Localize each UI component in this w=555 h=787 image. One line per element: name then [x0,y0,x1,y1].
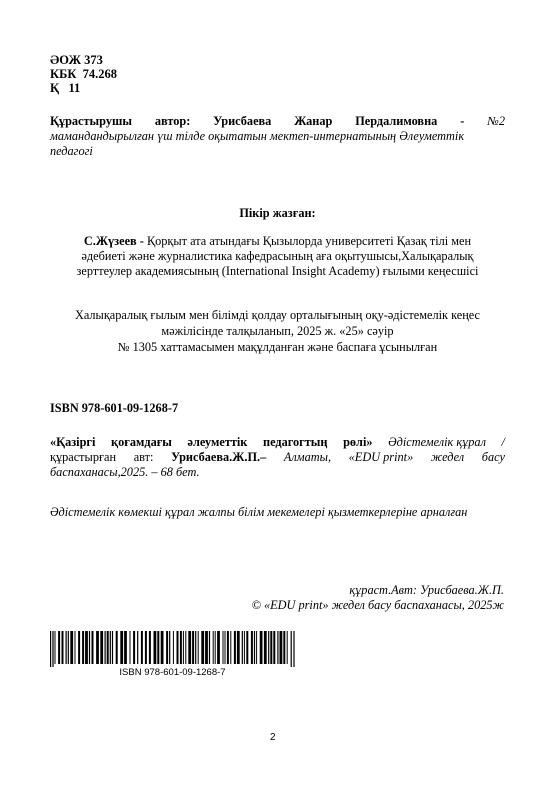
citation-line-1: «Қазіргі қоғамдағы әлеуметтік педагогтың… [50,435,505,450]
author-word: №2 [487,114,505,129]
barcode-label: ISBN 978-601-09-1268-7 [50,667,295,678]
author-line-1: Құрастырушы автор: Урисбаева Жанар Перда… [50,114,505,129]
citation-line-3: баспаханасы,2025. – 68 бет. [50,465,505,480]
citation-type: Әдістемелік құрал [388,435,486,450]
citation-author: Урисбаева.Ж.П.– [171,450,266,465]
citation-word: авт: [134,450,154,465]
citation-block: «Қазіргі қоғамдағы әлеуметтік педагогтың… [50,435,505,480]
reviewer-name: С.Жүзеев [84,234,137,248]
citation-slash: / [502,435,505,450]
author-block: Құрастырушы автор: Урисбаева Жанар Перда… [50,114,505,159]
reviewer-text: Қорқыт ата атындағы Қызылорда университе… [147,234,471,248]
approval-block: Халықаралық ғылым мен білімді қолдау орт… [50,307,505,355]
citation-word: педагогтың [263,435,328,450]
reviewer-line-1: С.Жүзеев - Қорқыт ата атындағы Қызылорда… [50,234,505,249]
author-word: - [460,114,464,129]
review-title: Пікір жазған: [50,206,505,221]
author-line-3: педагогі [50,144,505,159]
approval-line-3: № 1305 хаттамасымен мақұлданған және бас… [50,339,505,355]
approval-line-1: Халықаралық ғылым мен білімді қолдау орт… [50,307,505,323]
bbk-code: КБК 74.268 [50,67,117,81]
author-word: автор: [155,114,190,129]
purpose-line: Әдістемелік көмекші құрал жалпы білім ме… [50,505,467,520]
citation-word: Алматы, [284,450,331,465]
isbn-barcode [50,631,295,667]
citation-word: «EDU print» [349,450,414,465]
citation-word: әлеуметтік [187,435,247,450]
udc-code: ӘОЖ 373 [50,53,117,67]
author-word: Жанар [294,114,332,129]
citation-word: құрастырған [50,450,116,465]
credits-line-1: құраст.Авт: Урисбаева.Ж.П. [252,583,504,598]
credits-line-2: © «EDU print» жедел басу баспаханасы, 20… [252,598,504,613]
reviewer-line-2: әдебиеті және журналистика кафедрасының … [50,249,505,264]
reviewer-sep: - [137,234,147,248]
author-word: Пердалимовна [355,114,437,129]
citation-line-2: құрастырған авт: Урисбаева.Ж.П.– Алматы,… [50,450,505,465]
approval-line-2: мәжілісінде талқыланып, 2025 ж. «25» сәу… [50,323,505,339]
citation-word: «Қазіргі [50,435,95,450]
isbn: ISBN 978-601-09-1268-7 [50,401,178,416]
citation-word: басу [482,450,505,465]
author-line-2: мамандандырылған үш тілде оқытатын мекте… [50,129,505,144]
author-word: Құрастырушы [50,114,132,129]
author-word: Урисбаева [213,114,271,129]
citation-word: қоғамдағы [111,435,172,450]
citation-word: жедел [431,450,464,465]
page-number: 2 [270,732,276,743]
author-mark: Қ 11 [50,81,117,95]
reviewer-block: С.Жүзеев - Қорқыт ата атындағы Қызылорда… [50,234,505,279]
credits-block: құраст.Авт: Урисбаева.Ж.П. © «EDU print»… [252,583,504,613]
reviewer-line-3: зерттеулер академиясының (International … [50,264,505,279]
classification-codes: ӘОЖ 373 КБК 74.268 Қ 11 [50,53,117,95]
citation-word: рөлі» [343,435,372,450]
